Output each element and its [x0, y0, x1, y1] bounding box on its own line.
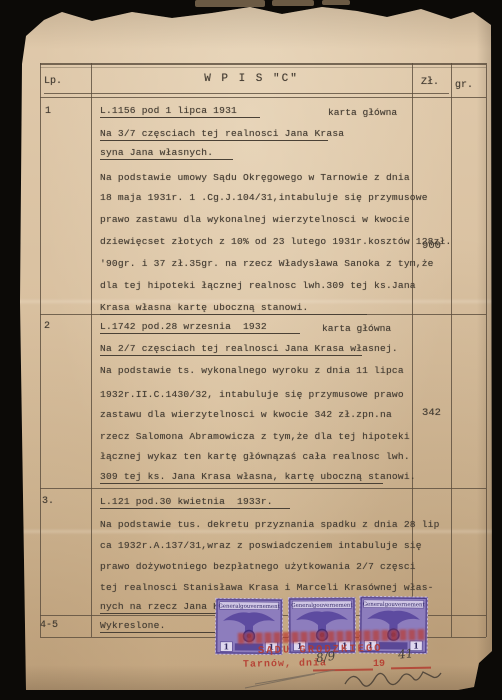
- background-paper-fragment: [272, 0, 314, 6]
- entry-line: łącznej wykaz ten kartę głównązaś cała r…: [100, 451, 410, 462]
- stamp-value: 1: [224, 641, 230, 651]
- column-header-lp: Lp.: [44, 76, 62, 87]
- entry-number: 2: [44, 321, 50, 332]
- header-underline: [44, 93, 449, 94]
- header-bottom-border: [40, 97, 486, 98]
- entry-number: 1: [45, 106, 51, 117]
- entry-line: rzecz Salomona Abramowicza z tym,że dla …: [100, 431, 410, 442]
- entry-line: prawo zastawu dla wykonalnej wierzytelno…: [100, 214, 410, 225]
- entry-line: dziewięcset złotych z 10% od 23 lutego 1…: [100, 236, 451, 247]
- table-title: W P I S "C": [91, 73, 412, 85]
- table-border-left: [40, 63, 41, 637]
- background-paper-fragment: [322, 0, 350, 5]
- entry-line: Wykreslone.: [100, 620, 215, 633]
- entry-line: '90gr. i 37 zł.35gr. na rzecz Władysława…: [100, 258, 434, 269]
- entry-line: tej realnosci Stanisława Krasa i Marceli…: [100, 582, 434, 593]
- entry-number: 4-5: [40, 620, 58, 631]
- paper-crease: [0, 530, 502, 533]
- entry-note: karta główna: [322, 323, 391, 334]
- entry-line: Na podstawie tus. dekretu przyznania spa…: [100, 519, 440, 530]
- amount-zl: 342: [412, 407, 451, 419]
- handwritten-year: 41: [397, 646, 414, 662]
- entry-line: Na podstawie ts. wykonalnego wyroku z dn…: [100, 365, 404, 376]
- stamp-value: 1: [413, 641, 419, 651]
- table-border-top: [40, 63, 486, 65]
- entry-line: L.121 pod.30 kwietnia 1933r.: [100, 496, 290, 509]
- entry-note: karta główna: [328, 107, 397, 118]
- column-divider-gr: [451, 63, 452, 637]
- entry-line: zastawu dla wierzytelnosci w kwocie 342 …: [100, 409, 392, 420]
- entry-number: 3.: [42, 496, 54, 507]
- table-border-right: [486, 63, 487, 637]
- entry-line: Na 2/7 częsciach tej realnosci Jana Kras…: [100, 343, 362, 356]
- amount-zl: 900: [412, 240, 451, 252]
- entry-line: L.1742 pod.28 wrzesnia 1932: [100, 321, 300, 334]
- entry-line: 18 maja 1931r. 1 .Cg.J.104/31,intabuluje…: [100, 192, 428, 203]
- entry-line: L.1156 pod 1 lipca 1931: [100, 105, 260, 118]
- entry-line: Na podstawie umowy Sądu Okręgowego w Tar…: [100, 172, 410, 183]
- signature-mark: [230, 662, 450, 700]
- entry-line: syna Jana własnych.: [100, 147, 233, 160]
- entry-line: 1932r.II.C.1430/32, intabuluje się przym…: [100, 389, 404, 400]
- column-header-zl: Zł.: [421, 77, 439, 88]
- stamp-label: Generalgouvernement: [363, 602, 426, 609]
- background-paper-fragment: [195, 0, 265, 7]
- entry-line: ca 1932r.A.137/31,wraz z poswiadczeniem …: [100, 540, 422, 551]
- column-header-gr: gr.: [455, 80, 473, 91]
- document-page: Lp. W P I S "C" Zł. gr. 1 L.1156 pod 1 l…: [0, 0, 502, 700]
- entry-line: 309 tej ks. Jana Krasa własna, kartę ubo…: [100, 471, 383, 484]
- stamp-label: Generalgouvernement: [218, 604, 280, 610]
- entry-line: dla tej hipoteki łącznej realnosc lwh.30…: [100, 280, 416, 291]
- stamp-label: Generalgouvernement: [291, 603, 353, 609]
- entry-line: Krasa własna kartę uboczną stanowi.: [100, 302, 367, 315]
- table-border-top2: [40, 67, 486, 68]
- entry-line: Na 3/7 częsciach tej realnosci Jana Kras…: [100, 128, 328, 141]
- entry-line: prawo dożywotniego bezpłatnego użytkowan…: [100, 561, 416, 572]
- row-separator-2: [40, 488, 486, 489]
- column-divider-lp: [91, 63, 92, 637]
